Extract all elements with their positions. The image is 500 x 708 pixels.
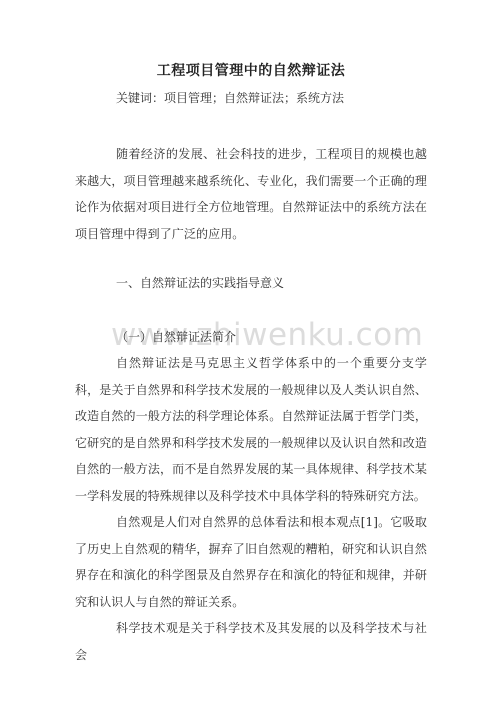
paragraph-intro: 随着经济的发展、社会科技的进步，工程项目的规模也越来越大，项目管理越来越系统化、… (75, 141, 427, 247)
document-title: 工程项目管理中的自然辩证法 (75, 58, 427, 85)
paragraph-scitech-view: 科学技术观是关于科学技术及其发展的以及科学技术与社会 (75, 615, 427, 668)
subsection-heading: （一）自然辩证法简介 (75, 324, 427, 351)
keywords-line: 关键词：项目管理；自然辩证法；系统方法 (75, 85, 427, 112)
document-page: www.zhiwenku.com 工程项目管理中的自然辩证法 关键词：项目管理；… (0, 0, 500, 708)
document-content: 工程项目管理中的自然辩证法 关键词：项目管理；自然辩证法；系统方法 随着经济的发… (0, 0, 500, 668)
paragraph-dialectics-intro: 自然辩证法是马克思主义哲学体系中的一个重要分支学科，是关于自然界和科学技术发展的… (75, 350, 427, 509)
section-heading: 一、自然辩证法的实践指导意义 (75, 270, 427, 297)
paragraph-nature-view: 自然观是人们对自然界的总体看法和根本观点[1]。它吸取了历史上自然观的精华，摒弃… (75, 509, 427, 615)
